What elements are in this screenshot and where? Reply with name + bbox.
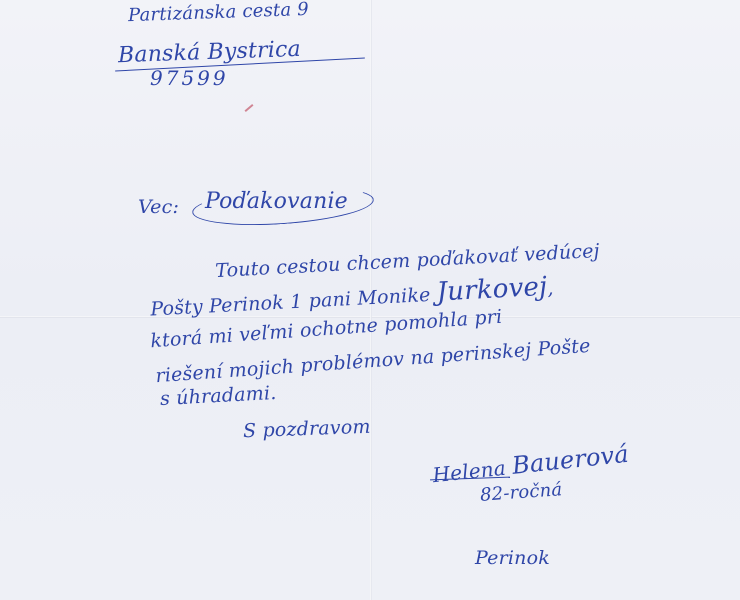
body-line-2-surname: Jurkovej [436,272,548,308]
closing-greeting: S pozdravom [243,416,371,442]
sender-postal-code: 97599 [150,66,229,90]
signature-place: Perinok [475,547,550,569]
subject-prefix: Vec: [138,196,179,218]
subject-title: Poďakovanie [205,189,348,214]
